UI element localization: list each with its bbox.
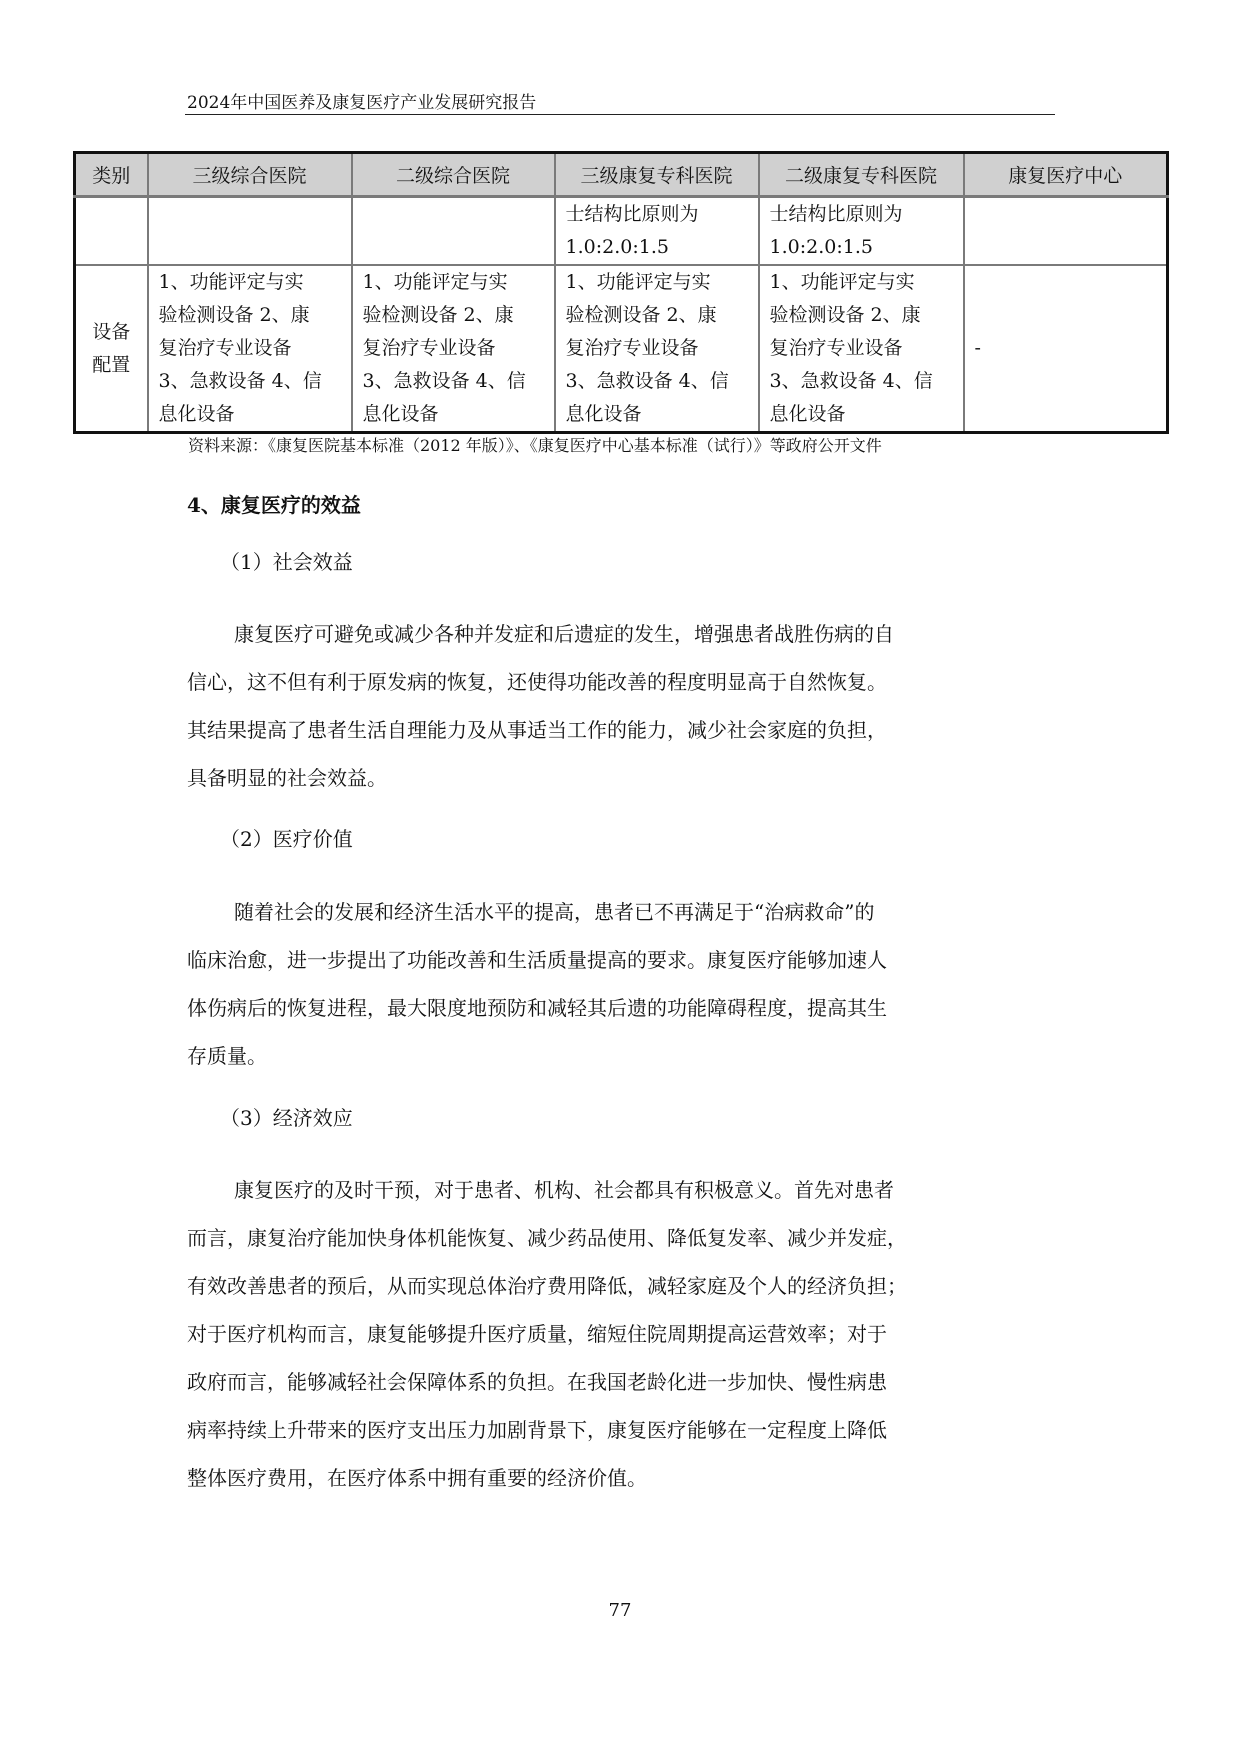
cell-line: 复治疗专业设备 (566, 332, 748, 365)
table-cell: 1、功能评定与实 验检测设备 2、康 复治疗专业设备 3、急救设备 4、信 息化… (759, 265, 964, 433)
paragraph-line: 体伤病后的恢复进程，最大限度地预防和减轻其后遗的功能障碍程度，提高其生 (187, 984, 1057, 1032)
table-cell: - (964, 265, 1168, 433)
table-cell (352, 197, 555, 266)
cell-line: 息化设备 (159, 398, 341, 431)
paragraph-line: 整体医疗费用，在医疗体系中拥有重要的经济价值。 (187, 1454, 1057, 1502)
paragraph-economic-effect: 康复医疗的及时干预，对于患者、机构、社会都具有积极意义。首先对患者 而言，康复治… (187, 1166, 1057, 1502)
cell-line: 复治疗专业设备 (363, 332, 544, 365)
cell-line: 3、急救设备 4、信 (363, 365, 544, 398)
cell-line: 1、功能评定与实 (363, 266, 544, 299)
table-row: 设备 配置 1、功能评定与实 验检测设备 2、康 复治疗专业设备 3、急救设备 … (75, 265, 1168, 433)
rehab-standards-table: 类别 三级综合医院 二级综合医院 三级康复专科医院 二级康复专科医院 康复医疗中… (73, 151, 1169, 434)
paragraph-line: 康复医疗的及时干预，对于患者、机构、社会都具有积极意义。首先对患者 (187, 1166, 1057, 1214)
paragraph-line: 病率持续上升带来的医疗支出压力加剧背景下，康复医疗能够在一定程度上降低 (187, 1406, 1057, 1454)
running-header: 2024年中国医养及康复医疗产业发展研究报告 (187, 88, 536, 113)
cell-line: 验检测设备 2、康 (363, 299, 544, 332)
cell-line: - (975, 332, 1157, 365)
cell-line: 复治疗专业设备 (770, 332, 953, 365)
subsection-title-social-benefit: （1）社会效益 (220, 546, 353, 575)
cell-line: 3、急救设备 4、信 (159, 365, 341, 398)
paragraph-line: 其结果提高了患者生活自理能力及从事适当工作的能力，减少社会家庭的负担， (187, 706, 1057, 754)
column-header-secondary-general: 二级综合医院 (352, 153, 555, 197)
paragraph-line: 康复医疗可避免或减少各种并发症和后遗症的发生，增强患者战胜伤病的自 (187, 610, 1057, 658)
table-cell (148, 197, 352, 266)
cell-line: 士结构比原则为 (566, 198, 748, 231)
row-category-cell: 设备 配置 (75, 265, 148, 433)
paragraph-line: 具备明显的社会效益。 (187, 754, 1057, 802)
cell-line: 息化设备 (566, 398, 748, 431)
page-number: 77 (0, 1600, 1240, 1621)
table-row: 士结构比原则为 1.0:2.0:1.5 士结构比原则为 1.0:2.0:1.5 (75, 197, 1168, 266)
table-cell: 1、功能评定与实 验检测设备 2、康 复治疗专业设备 3、急救设备 4、信 息化… (555, 265, 759, 433)
paragraph-line: 随着社会的发展和经济生活水平的提高，患者已不再满足于“治病救命”的 (187, 888, 1057, 936)
cell-line: 1、功能评定与实 (770, 266, 953, 299)
cell-line: 设备 (80, 316, 143, 349)
table-cell: 1、功能评定与实 验检测设备 2、康 复治疗专业设备 3、急救设备 4、信 息化… (148, 265, 352, 433)
section-heading: 4、康复医疗的效益 (187, 489, 361, 518)
cell-line: 息化设备 (770, 398, 953, 431)
cell-line: 3、急救设备 4、信 (770, 365, 953, 398)
column-header-tertiary-general: 三级综合医院 (148, 153, 352, 197)
paragraph-line: 存质量。 (187, 1032, 1057, 1080)
table-cell: 士结构比原则为 1.0:2.0:1.5 (759, 197, 964, 266)
paragraph-line: 政府而言，能够减轻社会保障体系的负担。在我国老龄化进一步加快、慢性病患 (187, 1358, 1057, 1406)
cell-line: 验检测设备 2、康 (566, 299, 748, 332)
table-source-note: 资料来源：《康复医院基本标准（2012 年版）》、《康复医疗中心基本标准（试行）… (188, 433, 882, 456)
subsection-title-economic-effect: （3）经济效应 (220, 1102, 353, 1131)
subsection-title-medical-value: （2）医疗价值 (220, 823, 353, 852)
cell-line: 1、功能评定与实 (159, 266, 341, 299)
paragraph-line: 临床治愈，进一步提出了功能改善和生活质量提高的要求。康复医疗能够加速人 (187, 936, 1057, 984)
cell-line: 验检测设备 2、康 (770, 299, 953, 332)
row-category-cell (75, 197, 148, 266)
cell-line: 士结构比原则为 (770, 198, 953, 231)
paragraph-medical-value: 随着社会的发展和经济生活水平的提高，患者已不再满足于“治病救命”的 临床治愈，进… (187, 888, 1057, 1080)
paragraph-line: 信心，这不但有利于原发病的恢复，还使得功能改善的程度明显高于自然恢复。 (187, 658, 1057, 706)
column-header-category: 类别 (75, 153, 148, 197)
cell-line: 配置 (80, 349, 143, 382)
column-header-secondary-rehab: 二级康复专科医院 (759, 153, 964, 197)
cell-line: 验检测设备 2、康 (159, 299, 341, 332)
cell-line: 3、急救设备 4、信 (566, 365, 748, 398)
column-header-rehab-center: 康复医疗中心 (964, 153, 1168, 197)
table-cell (964, 197, 1168, 266)
cell-line: 复治疗专业设备 (159, 332, 341, 365)
table-header-row: 类别 三级综合医院 二级综合医院 三级康复专科医院 二级康复专科医院 康复医疗中… (75, 153, 1168, 197)
header-rule (185, 114, 1055, 115)
paragraph-line: 对于医疗机构而言，康复能够提升医疗质量，缩短住院周期提高运营效率；对于 (187, 1310, 1057, 1358)
paragraph-social-benefit: 康复医疗可避免或减少各种并发症和后遗症的发生，增强患者战胜伤病的自 信心，这不但… (187, 610, 1057, 802)
cell-line: 1.0:2.0:1.5 (566, 231, 748, 264)
paragraph-line: 有效改善患者的预后，从而实现总体治疗费用降低，减轻家庭及个人的经济负担； (187, 1262, 1057, 1310)
table-cell: 士结构比原则为 1.0:2.0:1.5 (555, 197, 759, 266)
cell-line: 息化设备 (363, 398, 544, 431)
table-cell: 1、功能评定与实 验检测设备 2、康 复治疗专业设备 3、急救设备 4、信 息化… (352, 265, 555, 433)
column-header-tertiary-rehab: 三级康复专科医院 (555, 153, 759, 197)
paragraph-line: 而言，康复治疗能加快身体机能恢复、减少药品使用、降低复发率、减少并发症， (187, 1214, 1057, 1262)
cell-line: 1.0:2.0:1.5 (770, 231, 953, 264)
cell-line: 1、功能评定与实 (566, 266, 748, 299)
